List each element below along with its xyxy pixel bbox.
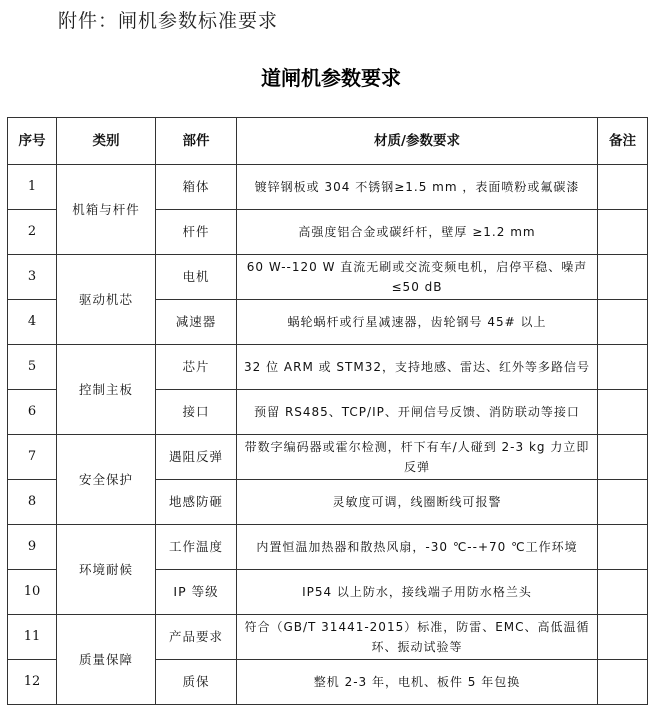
spec-cell: 高强度铝合金或碳纤杆，壁厚 ≥1.2 mm xyxy=(237,210,598,255)
component-cell: 质保 xyxy=(156,660,237,705)
table-row: 3 驱动机芯 电机 60 W--120 W 直流无刷或交流变频电机，启停平稳、噪… xyxy=(8,255,648,300)
spec-cell: 符合（GB/T 31441-2015）标准，防雷、EMC、高低温循环、振动试验等 xyxy=(237,615,598,660)
row-index: 3 xyxy=(8,255,57,300)
spec-cell: 32 位 ARM 或 STM32，支持地感、雷达、红外等多路信号 xyxy=(237,345,598,390)
spec-cell: 灵敏度可调，线圈断线可报警 xyxy=(237,480,598,525)
spec-cell: 带数字编码器或霍尔检测，杆下有车/人碰到 2-3 kg 力立即反弹 xyxy=(237,435,598,480)
spec-cell: 镀锌钢板或 304 不锈钢≥1.5 mm ，表面喷粉或氟碳漆 xyxy=(237,165,598,210)
component-cell: 产品要求 xyxy=(156,615,237,660)
row-index: 9 xyxy=(8,525,57,570)
remark-cell xyxy=(598,300,648,345)
header-remark: 备注 xyxy=(598,118,648,165)
category-cell: 控制主板 xyxy=(57,345,156,435)
remark-cell xyxy=(598,480,648,525)
page-title: 道闸机参数要求 xyxy=(0,62,652,91)
remark-cell xyxy=(598,390,648,435)
category-cell: 环境耐候 xyxy=(57,525,156,615)
table-row: 9 环境耐候 工作温度 内置恒温加热器和散热风扇，-30 ℃--+70 ℃工作环… xyxy=(8,525,648,570)
remark-cell xyxy=(598,435,648,480)
spec-cell: 蜗轮蜗杆或行星减速器，齿轮钢号 45# 以上 xyxy=(237,300,598,345)
row-index: 2 xyxy=(8,210,57,255)
component-cell: 杆件 xyxy=(156,210,237,255)
component-cell: 箱体 xyxy=(156,165,237,210)
remark-cell xyxy=(598,165,648,210)
spec-cell: IP54 以上防水，接线端子用防水格兰头 xyxy=(237,570,598,615)
table-row: 1 机箱与杆件 箱体 镀锌钢板或 304 不锈钢≥1.5 mm ，表面喷粉或氟碳… xyxy=(8,165,648,210)
remark-cell xyxy=(598,255,648,300)
component-cell: 地感防砸 xyxy=(156,480,237,525)
row-index: 8 xyxy=(8,480,57,525)
spec-cell: 60 W--120 W 直流无刷或交流变频电机，启停平稳、噪声 ≤50 dB xyxy=(237,255,598,300)
component-cell: 电机 xyxy=(156,255,237,300)
remark-cell xyxy=(598,570,648,615)
table-row: 5 控制主板 芯片 32 位 ARM 或 STM32，支持地感、雷达、红外等多路… xyxy=(8,345,648,390)
remark-cell xyxy=(598,615,648,660)
row-index: 11 xyxy=(8,615,57,660)
table-row: 11 质量保障 产品要求 符合（GB/T 31441-2015）标准，防雷、EM… xyxy=(8,615,648,660)
row-index: 4 xyxy=(8,300,57,345)
parameter-table: 序号 类别 部件 材质/参数要求 备注 1 机箱与杆件 箱体 镀锌钢板或 304… xyxy=(7,117,648,705)
row-index: 12 xyxy=(8,660,57,705)
header-component: 部件 xyxy=(156,118,237,165)
remark-cell xyxy=(598,210,648,255)
row-index: 1 xyxy=(8,165,57,210)
table-header-row: 序号 类别 部件 材质/参数要求 备注 xyxy=(8,118,648,165)
row-index: 7 xyxy=(8,435,57,480)
attachment-heading: 附件：闸机参数标准要求 xyxy=(58,6,278,33)
category-cell: 驱动机芯 xyxy=(57,255,156,345)
row-index: 6 xyxy=(8,390,57,435)
component-cell: 接口 xyxy=(156,390,237,435)
spec-cell: 整机 2-3 年，电机、板件 5 年包换 xyxy=(237,660,598,705)
category-cell: 机箱与杆件 xyxy=(57,165,156,255)
component-cell: 芯片 xyxy=(156,345,237,390)
category-cell: 安全保护 xyxy=(57,435,156,525)
remark-cell xyxy=(598,660,648,705)
row-index: 10 xyxy=(8,570,57,615)
category-cell: 质量保障 xyxy=(57,615,156,705)
component-cell: 遇阻反弹 xyxy=(156,435,237,480)
table-row: 7 安全保护 遇阻反弹 带数字编码器或霍尔检测，杆下有车/人碰到 2-3 kg … xyxy=(8,435,648,480)
row-index: 5 xyxy=(8,345,57,390)
remark-cell xyxy=(598,525,648,570)
component-cell: 工作温度 xyxy=(156,525,237,570)
header-spec: 材质/参数要求 xyxy=(237,118,598,165)
spec-cell: 内置恒温加热器和散热风扇，-30 ℃--+70 ℃工作环境 xyxy=(237,525,598,570)
header-category: 类别 xyxy=(57,118,156,165)
spec-cell: 预留 RS485、TCP/IP、开闸信号反馈、消防联动等接口 xyxy=(237,390,598,435)
header-index: 序号 xyxy=(8,118,57,165)
remark-cell xyxy=(598,345,648,390)
component-cell: IP 等级 xyxy=(156,570,237,615)
component-cell: 减速器 xyxy=(156,300,237,345)
